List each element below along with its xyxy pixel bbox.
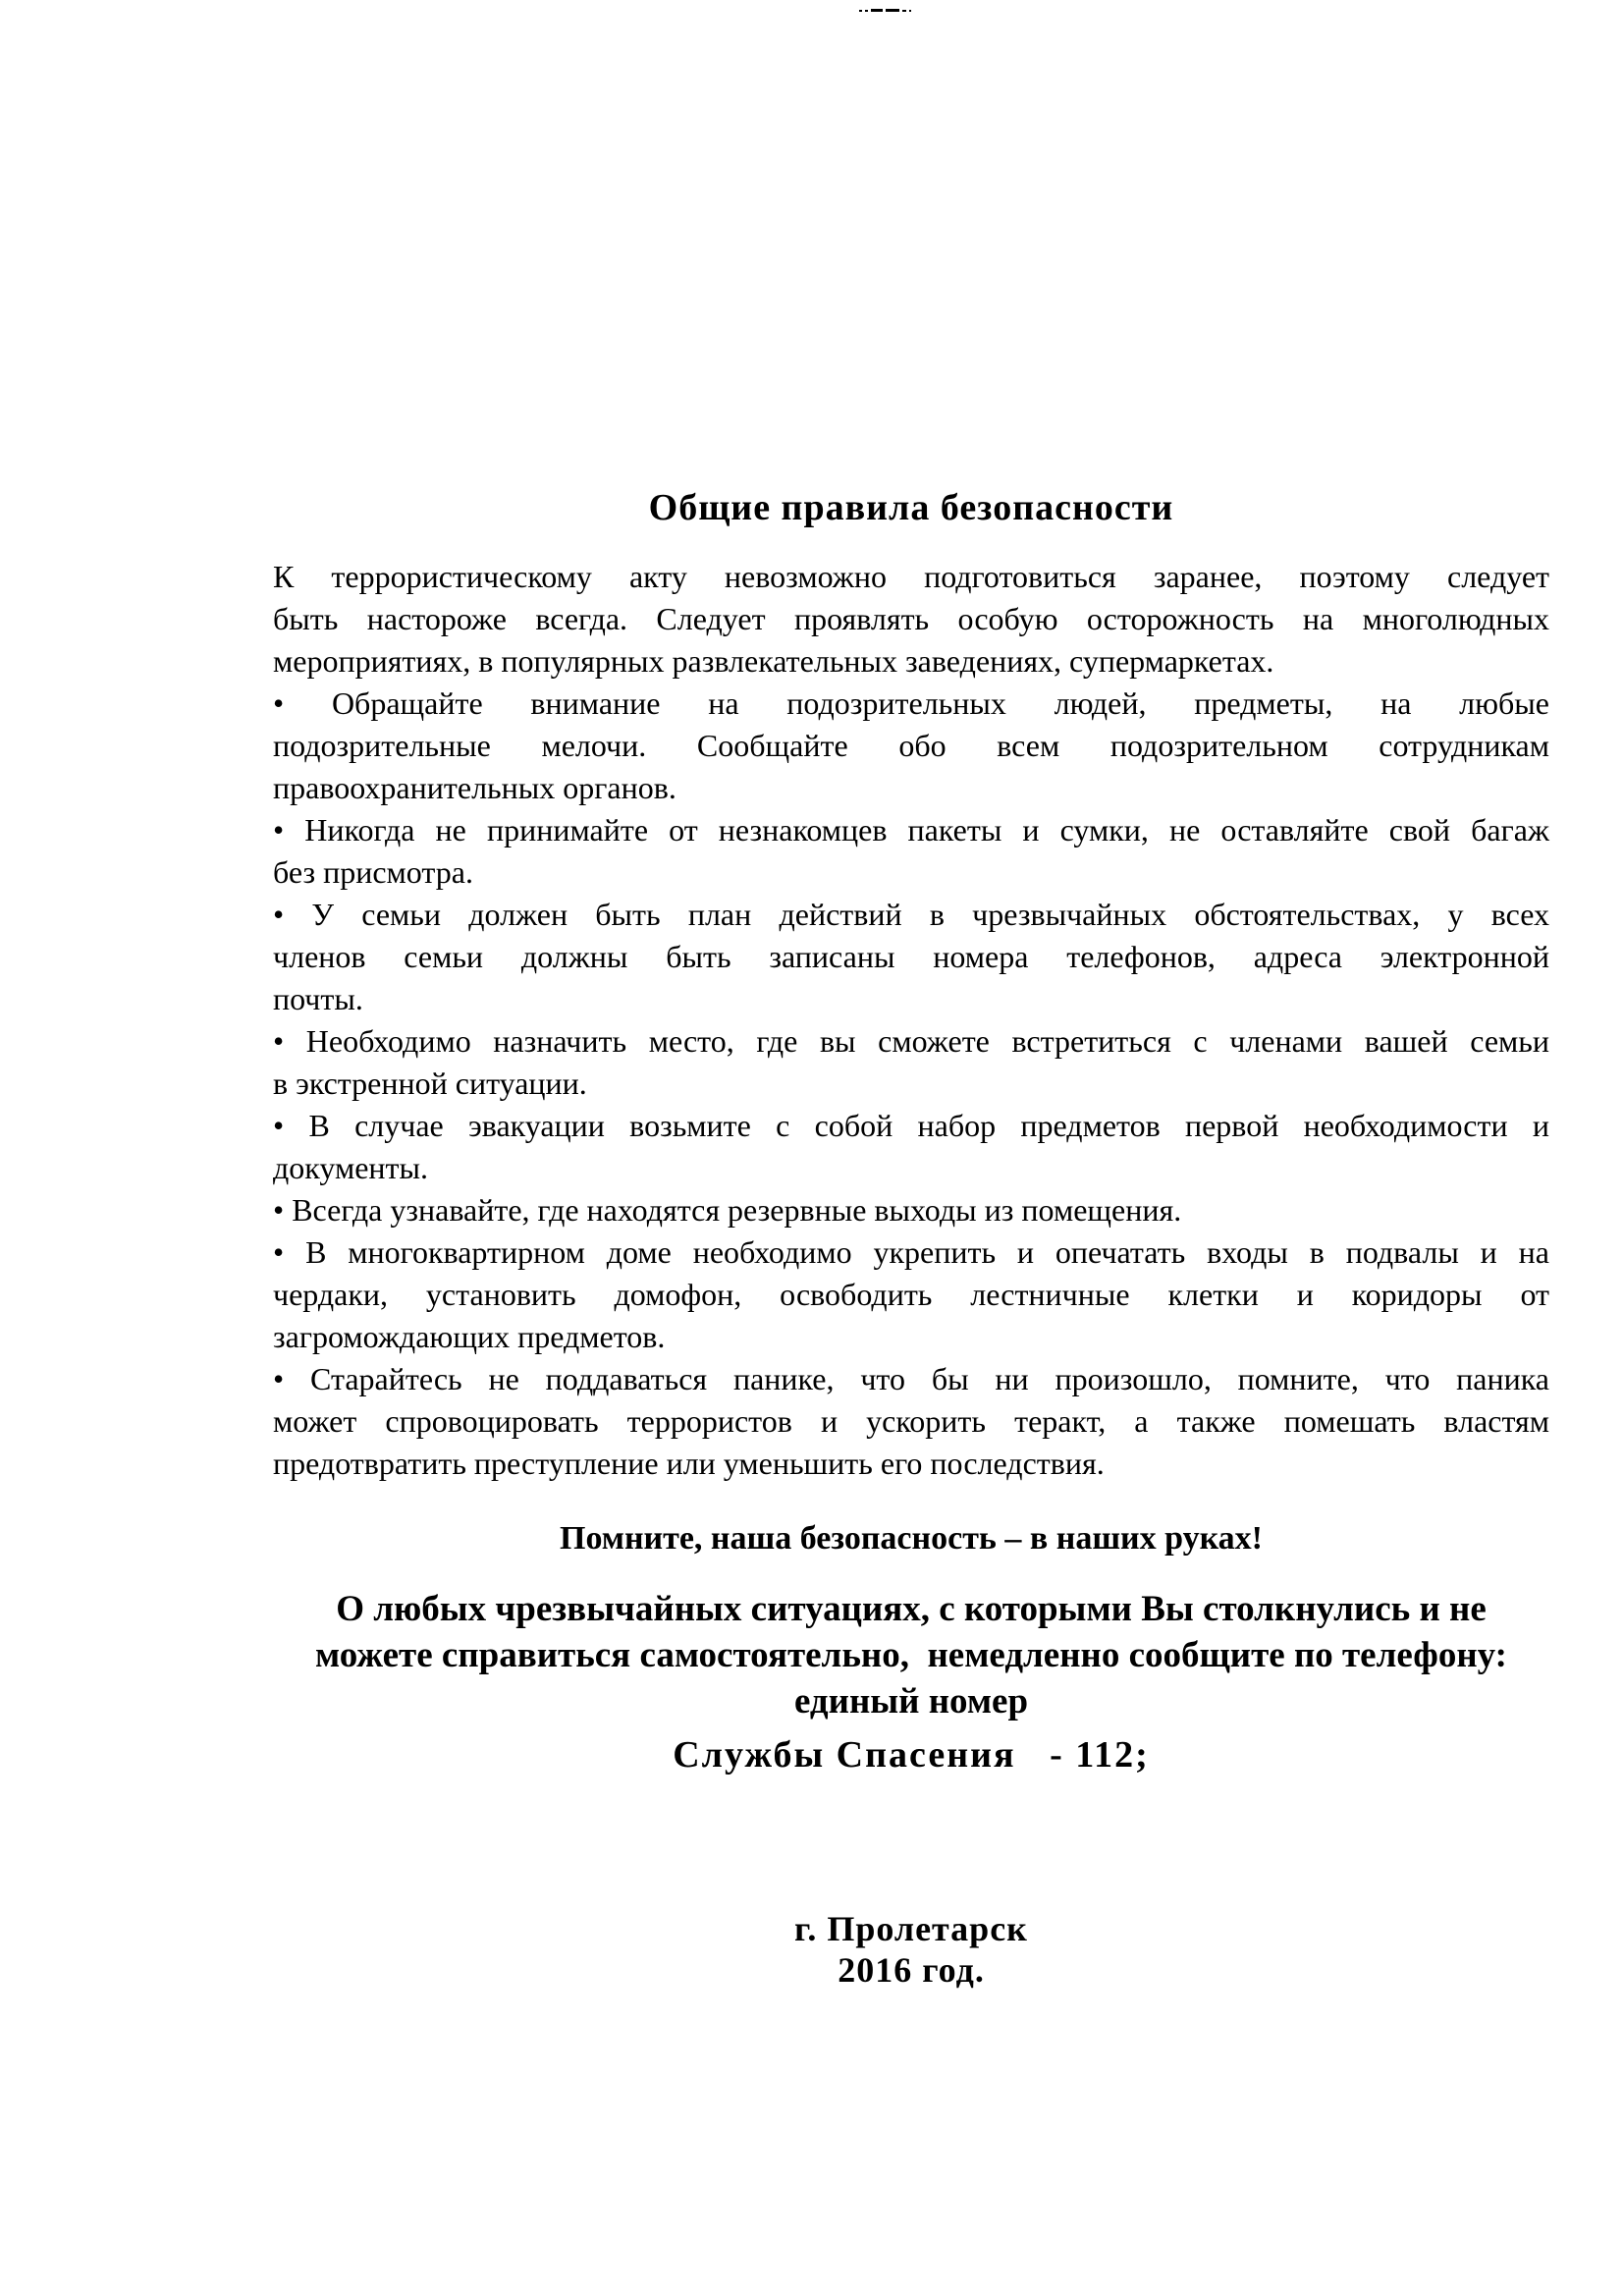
paragraph: • В многоквартирном доме необходимо укре… [273, 1231, 1549, 1358]
text-line: предотвратить преступление или уменьшить… [273, 1443, 1549, 1485]
emergency-notice: О любых чрезвычайных ситуациях, с которы… [273, 1586, 1549, 1724]
city-line: г. Пролетарск [273, 1908, 1549, 1949]
emergency-notice-line: единый номер [273, 1678, 1549, 1724]
text-line: членов семьи должны быть записаны номера… [273, 936, 1549, 978]
paragraph: • В случае эвакуации возьмите с собой на… [273, 1105, 1549, 1189]
slogan-line: Помните, наша безопасность – в наших рук… [273, 1517, 1549, 1560]
text-line: может спровоцировать террористов и ускор… [273, 1400, 1549, 1443]
text-line: правоохранительных органов. [273, 767, 1549, 809]
emergency-notice-line: можете справиться самостоятельно, немедл… [273, 1632, 1549, 1678]
paragraph: • Обращайте внимание на подозрительных л… [273, 683, 1549, 809]
text-line: К террористическому акту невозможно подг… [273, 556, 1549, 598]
emergency-notice-line: О любых чрезвычайных ситуациях, с которы… [273, 1586, 1549, 1632]
text-line: • Никогда не принимайте от незнакомцев п… [273, 809, 1549, 851]
paragraph: • Никогда не принимайте от незнакомцев п… [273, 809, 1549, 894]
text-line: • Старайтесь не поддаваться панике, что … [273, 1358, 1549, 1400]
text-line: • В многоквартирном доме необходимо укре… [273, 1231, 1549, 1274]
paragraph: • У семьи должен быть план действий в чр… [273, 894, 1549, 1020]
rescue-service-line: Службы Спасения - 112; [273, 1732, 1549, 1777]
body-text: К террористическому акту невозможно подг… [273, 556, 1549, 1485]
text-line: • Всегда узнавайте, где находятся резерв… [273, 1189, 1549, 1231]
text-line: подозрительные мелочи. Сообщайте обо все… [273, 725, 1549, 767]
scan-artifact-marks [859, 9, 911, 12]
text-column: Общие правила безопасности К террористич… [273, 486, 1549, 1991]
text-line: чердаки, установить домофон, освободить … [273, 1274, 1549, 1316]
city-year-block: г. Пролетарск 2016 год. [273, 1908, 1549, 1991]
page-title: Общие правила безопасности [273, 486, 1549, 529]
year-line: 2016 год. [273, 1949, 1549, 1991]
text-line: загромождающих предметов. [273, 1316, 1549, 1358]
text-line: • У семьи должен быть план действий в чр… [273, 894, 1549, 936]
paragraph: К террористическому акту невозможно подг… [273, 556, 1549, 683]
text-line: мероприятиях, в популярных развлекательн… [273, 640, 1549, 683]
text-line: документы. [273, 1147, 1549, 1189]
text-line: • Необходимо назначить место, где вы смо… [273, 1020, 1549, 1063]
document-page: Общие правила безопасности К террористич… [0, 0, 1623, 2296]
text-line: в экстренной ситуации. [273, 1063, 1549, 1105]
text-line: почты. [273, 978, 1549, 1020]
text-line: без присмотра. [273, 851, 1549, 894]
text-line: быть настороже всегда. Следует проявлять… [273, 598, 1549, 640]
text-line: • Обращайте внимание на подозрительных л… [273, 683, 1549, 725]
paragraph: • Всегда узнавайте, где находятся резерв… [273, 1189, 1549, 1231]
paragraph: • Необходимо назначить место, где вы смо… [273, 1020, 1549, 1105]
paragraph: • Старайтесь не поддаваться панике, что … [273, 1358, 1549, 1485]
text-line: • В случае эвакуации возьмите с собой на… [273, 1105, 1549, 1147]
